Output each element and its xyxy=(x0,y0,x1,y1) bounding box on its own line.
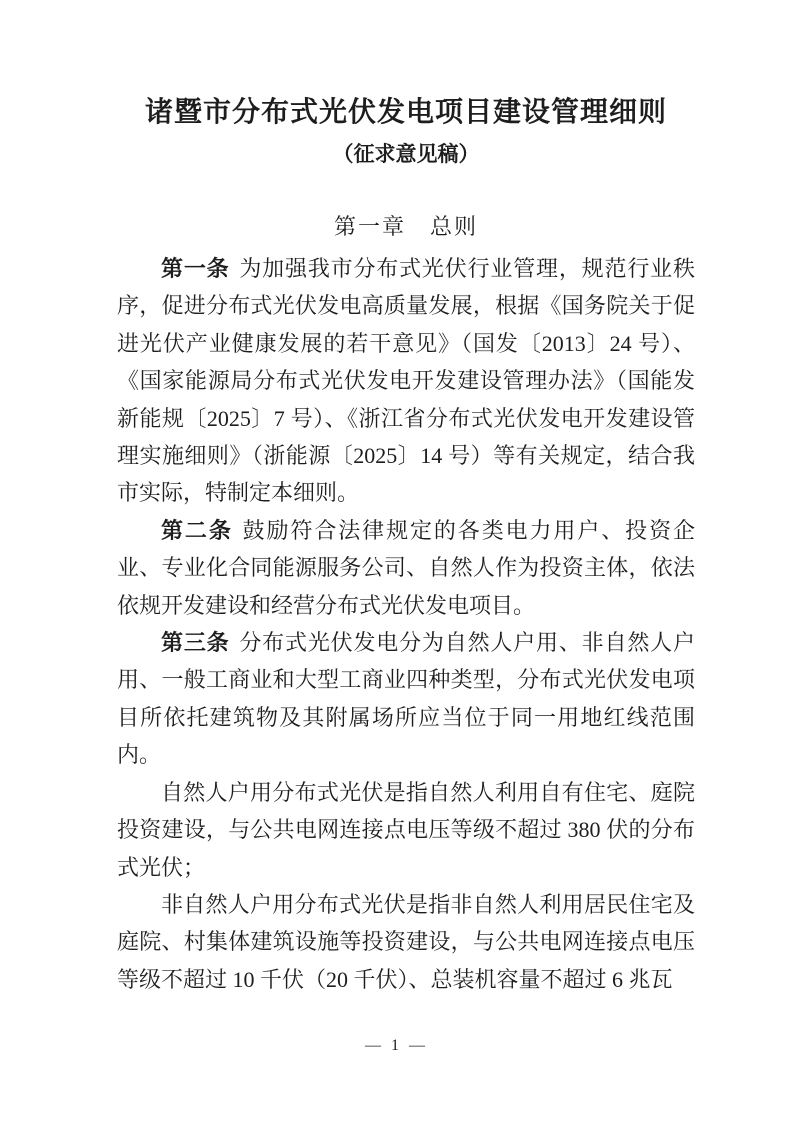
article-text: 为加强我市分布式光伏行业管理，规范行业秩序，促进分布式光伏发电高质量发展，根据《… xyxy=(117,256,695,505)
article-label: 第一条 xyxy=(161,256,229,281)
page-number: — 1 — xyxy=(0,1036,793,1056)
document-subtitle: （征求意见稿） xyxy=(117,140,695,168)
paragraph-natural-person: 自然人户用分布式光伏是指自然人利用自有住宅、庭院投资建设，与公共电网连接点电压等… xyxy=(117,774,695,886)
document-page: 诸暨市分布式光伏发电项目建设管理细则 （征求意见稿） 第一章 总则 第一条为加强… xyxy=(117,94,695,998)
article-text: 自然人户用分布式光伏是指自然人利用自有住宅、庭院投资建设，与公共电网连接点电压等… xyxy=(117,780,695,880)
document-body: 第一条为加强我市分布式光伏行业管理，规范行业秩序，促进分布式光伏发电高质量发展，… xyxy=(117,250,695,998)
chapter-heading: 第一章 总则 xyxy=(117,212,695,242)
article-label: 第三条 xyxy=(161,630,229,655)
article-label: 第二条 xyxy=(161,518,233,543)
paragraph-article-2: 第二条鼓励符合法律规定的各类电力用户、投资企业、专业化合同能源服务公司、自然人作… xyxy=(117,512,695,624)
paragraph-article-1: 第一条为加强我市分布式光伏行业管理，规范行业秩序，促进分布式光伏发电高质量发展，… xyxy=(117,250,695,512)
document-title: 诸暨市分布式光伏发电项目建设管理细则 xyxy=(117,94,695,132)
paragraph-non-natural-person: 非自然人户用分布式光伏是指非自然人利用居民住宅及庭院、村集体建筑设施等投资建设，… xyxy=(117,886,695,998)
article-text: 非自然人户用分布式光伏是指非自然人利用居民住宅及庭院、村集体建筑设施等投资建设，… xyxy=(117,892,695,992)
paragraph-article-3: 第三条分布式光伏发电分为自然人户用、非自然人户用、一般工商业和大型工商业四种类型… xyxy=(117,624,695,774)
